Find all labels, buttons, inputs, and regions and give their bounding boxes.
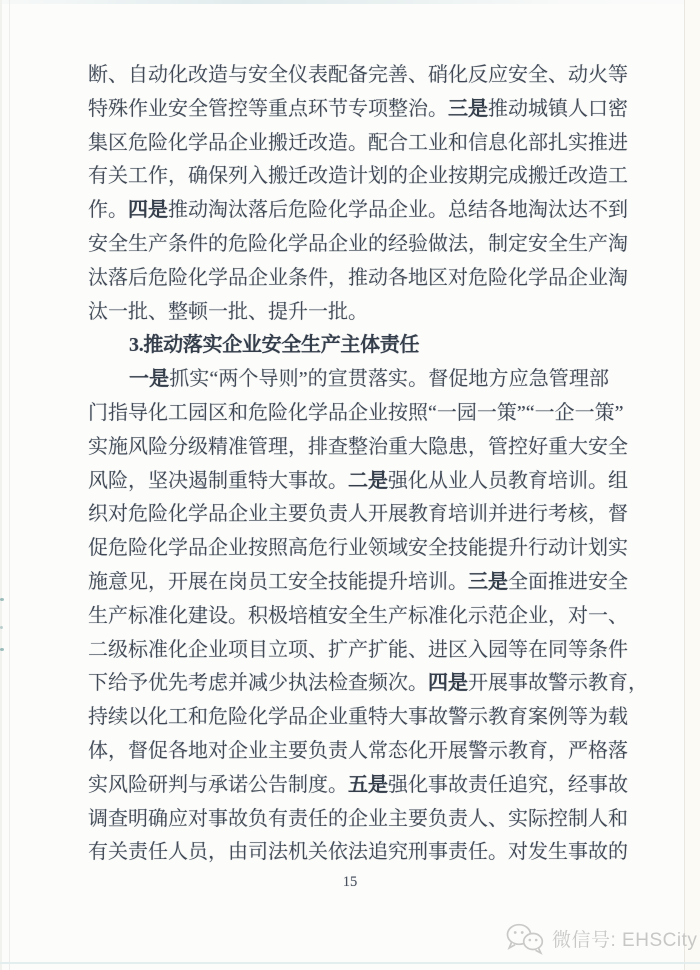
body-text: 生产标准化建设。积极培植安全生产标准化示范企业，对一、 (88, 605, 628, 627)
text-line: 调查明确应对事故负有责任的企业主要负责人、实际控制人和 (88, 803, 609, 837)
text-line: 织对危险化学品企业主要负责人开展教育培训并进行考核，督 (88, 498, 609, 532)
scan-speck (0, 598, 4, 601)
text-line: 下给予优先考虑并减少执法检查频次。四是开展事故警示教育， (88, 667, 609, 701)
body-text: 断、自动化改造与安全仪表配备完善、硝化反应安全、动火等 (88, 64, 628, 86)
body-text: 调查明确应对事故负有责任的企业主要负责人、实际控制人和 (88, 808, 628, 830)
text-line: 持续以化工和危险化学品企业重特大事故警示教育案例等为载 (88, 701, 609, 735)
text-line: 断、自动化改造与安全仪表配备完善、硝化反应安全、动火等 (88, 59, 609, 93)
body-text: 促危险化学品企业按照高危行业领域安全技能提升行动计划实 (88, 537, 628, 559)
text-line: 实施风险分级精准管理，排查整治重大隐患，管控好重大安全 (88, 431, 609, 465)
text-line: 风险，坚决遏制重特大事故。二是强化从业人员教育培训。组 (88, 465, 609, 499)
body-text: 作。 (88, 199, 128, 221)
text-line: 门指导化工园区和危险化学品企业按照“一园一策”“一企一策” (88, 397, 609, 431)
watermark: 微信号: EHSCity (505, 920, 697, 956)
scan-left-edge-shadow (0, 0, 2, 970)
body-text: 风险，坚决遏制重特大事故。 (88, 470, 348, 492)
body-text: 实风险研判与承诺公告制度。 (88, 774, 348, 796)
scan-speck (0, 648, 4, 651)
body-text: 安全生产条件的危险化学品企业的经验做法，制定安全生产淘 (88, 233, 628, 255)
text-line: 促危险化学品企业按照高危行业领域安全技能提升行动计划实 (88, 532, 609, 566)
document-lines: 断、自动化改造与安全仪表配备完善、硝化反应安全、动火等特殊作业安全管控等重点环节… (88, 59, 609, 870)
text-line: 有关责任人员，由司法机关依法追究刑事责任。对发生事故的 (88, 836, 609, 870)
text-line: 汰落后危险化学品企业条件，推动各地区对危险化学品企业淘 (88, 262, 609, 296)
emphasized-text: 三是 (468, 571, 508, 593)
body-text: 有关工作，确保列入搬迁改造计划的企业按期完成搬迁改造工 (88, 165, 628, 187)
wechat-icon (505, 922, 545, 955)
emphasized-text: 五是 (348, 774, 388, 796)
watermark-label: 微信号: EHSCity (552, 925, 697, 952)
text-line: 有关工作，确保列入搬迁改造计划的企业按期完成搬迁改造工 (88, 160, 609, 194)
body-text: 二级标准化企业项目立项、扩产扩能、进区入园等在同等条件 (88, 639, 628, 661)
body-text: 抓实“两个导则”的宣贯落实。督促地方应急管理部 (169, 368, 609, 390)
text-line: 安全生产条件的危险化学品企业的经验做法，制定安全生产淘 (88, 228, 609, 262)
text-line: 生产标准化建设。积极培植安全生产标准化示范企业，对一、 (88, 600, 609, 634)
body-text: 开展事故警示教育， (468, 672, 648, 694)
body-text: 有关责任人员，由司法机关依法追究刑事责任。对发生事故的 (88, 841, 628, 863)
text-line: 集区危险化学品企业搬迁改造。配合工业和信息化部扎实推进 (88, 127, 609, 161)
text-line: 汰一批、整顿一批、提升一批。 (88, 296, 609, 330)
text-line: 特殊作业安全管控等重点环节专项整治。三是推动城镇人口密 (88, 93, 609, 127)
body-text: 门指导化工园区和危险化学品企业按照“一园一策”“一企一策” (88, 402, 624, 424)
body-text: 实施风险分级精准管理，排查整治重大隐患，管控好重大安全 (88, 436, 628, 458)
scan-top-edge-shadow (0, 0, 700, 4)
scan-right-edge-shadow (685, 0, 700, 970)
body-text: 全面推进安全 (508, 571, 628, 593)
body-text: 汰一批、整顿一批、提升一批。 (88, 301, 368, 323)
body-text: 集区危险化学品企业搬迁改造。配合工业和信息化部扎实推进 (88, 132, 628, 154)
emphasized-text: 二是 (348, 470, 388, 492)
text-line: 二级标准化企业项目立项、扩产扩能、进区入园等在同等条件 (88, 634, 609, 668)
emphasized-text: 三是 (448, 98, 488, 120)
scan-bottom-page-line (0, 962, 700, 964)
section-heading: 3.推动落实企业安全生产主体责任 (88, 329, 609, 363)
body-text: 下给予优先考虑并减少执法检查频次。 (88, 672, 428, 694)
body-text: 施意见，开展在岗员工安全技能提升培训。 (88, 571, 468, 593)
emphasized-text: 四是 (128, 199, 168, 221)
emphasized-text: 四是 (428, 672, 468, 694)
body-text: 织对危险化学品企业主要负责人开展教育培训并进行考核，督 (88, 503, 628, 525)
scan-left-page-line (9, 0, 10, 970)
body-text: 强化事故责任追究，经事故 (388, 774, 628, 796)
body-text: 强化从业人员教育培训。组 (388, 470, 628, 492)
text-line: 体，督促各地对企业主要负责人常态化开展警示教育，严格落 (88, 735, 609, 769)
body-text: 推动城镇人口密 (488, 98, 628, 120)
text-line: 作。四是推动淘汰落后危险化学品企业。总结各地淘汰达不到 (88, 194, 609, 228)
page-number: 15 (0, 874, 700, 894)
body-text: 持续以化工和危险化学品企业重特大事故警示教育案例等为载 (88, 706, 628, 728)
text-line: 施意见，开展在岗员工安全技能提升培训。三是全面推进安全 (88, 566, 609, 600)
emphasized-text: 一是 (129, 368, 169, 390)
text-line: 实风险研判与承诺公告制度。五是强化事故责任追究，经事故 (88, 769, 609, 803)
body-text: 推动淘汰落后危险化学品企业。总结各地淘汰达不到 (168, 199, 628, 221)
emphasized-text: 3.推动落实企业安全生产主体责任 (129, 334, 419, 356)
body-text: 特殊作业安全管控等重点环节专项整治。 (88, 98, 448, 120)
text-line: 一是抓实“两个导则”的宣贯落实。督促地方应急管理部 (88, 363, 609, 397)
body-text: 体，督促各地对企业主要负责人常态化开展警示教育，严格落 (88, 740, 628, 762)
scan-speck (0, 626, 3, 629)
body-text: 汰落后危险化学品企业条件，推动各地区对危险化学品企业淘 (88, 267, 628, 289)
